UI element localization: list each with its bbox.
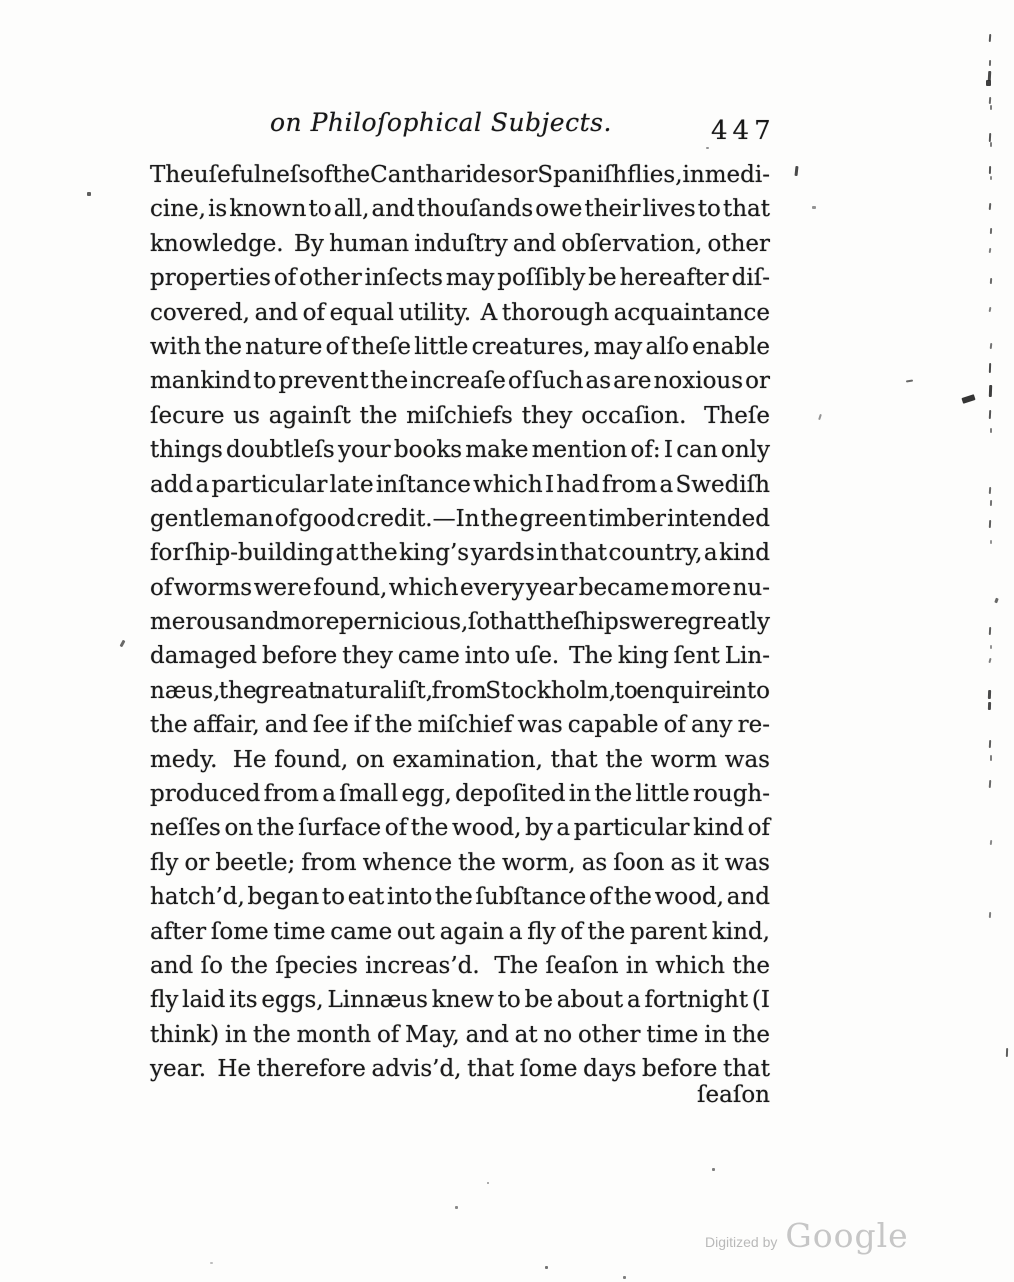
scan-speck: [210, 1262, 213, 1264]
text-line: ſecure us againſt the miſchiefs they occ…: [150, 399, 770, 433]
watermark-prefix: Digitized by: [705, 1234, 777, 1250]
text-line: medy. He found, on examination, that the…: [150, 743, 770, 777]
text-line: after ſome time came out again a fly of …: [150, 915, 770, 949]
text-line: hatch’d, began to eat into the ſubſtance…: [150, 880, 770, 914]
scan-speck: [989, 166, 991, 174]
text-line: and ſo the ſpecies increas’d. The ſeaſon…: [150, 949, 770, 983]
scan-speck: [989, 410, 991, 419]
scan-speck: [623, 1276, 626, 1279]
scan-speck: [794, 166, 798, 176]
text-line: gentleman of good credit.—In the green t…: [150, 502, 770, 536]
scan-speck: [988, 690, 991, 699]
scan-speck: [990, 343, 993, 349]
catchword: ſeaſon: [150, 1078, 770, 1112]
scan-speck: [706, 147, 709, 149]
text-line: neſſes on the ſurface of the wood, by a …: [150, 811, 770, 845]
text-line: cine, is known to all, and thouſands owe…: [150, 192, 770, 226]
scan-speck: [990, 540, 992, 544]
text-line: knowledge. By human induſtry and obſerva…: [150, 227, 770, 261]
text-line: merous and more pernicious, ſo that the …: [150, 605, 770, 639]
text-line: the affair, and ſee if the miſchief was …: [150, 708, 770, 742]
scan-speck: [990, 840, 993, 845]
scan-speck: [1006, 1048, 1008, 1057]
scan-speck: [990, 176, 992, 180]
text-line: produced from a ſmall egg, depoſited in …: [150, 777, 770, 811]
scan-speck: [990, 500, 992, 506]
scan-speck: [712, 1168, 715, 1171]
scan-speck: [989, 520, 991, 528]
running-title: on Philoſophical Subjects.: [270, 108, 612, 137]
scan-speck: [545, 1266, 548, 1269]
scan-speck: [989, 780, 992, 788]
scan-speck: [988, 71, 992, 81]
scan-speck: [989, 97, 991, 104]
scan-speck: [989, 487, 991, 494]
text-line: with the nature of theſe little creature…: [150, 330, 770, 364]
scan-speck: [990, 105, 992, 110]
text-line: add a particular late inſtance which I h…: [150, 468, 770, 502]
text-line: of worms were found, which every year be…: [150, 571, 770, 605]
scan-speck: [989, 60, 991, 66]
scan-speck: [120, 640, 126, 648]
scan-speck: [989, 133, 991, 142]
scan-speck: [994, 598, 999, 604]
scan-speck: [818, 414, 822, 420]
text-line: for ſhip-building at the king’s yards in…: [150, 536, 770, 570]
digitized-by-google-watermark: Digitized by Google: [705, 1216, 909, 1255]
scan-speck: [990, 428, 992, 433]
body-text: The uſefulneſs of the Cantharides or Spa…: [150, 158, 770, 1087]
scan-speck: [990, 645, 992, 649]
scan-speck: [487, 1182, 489, 1184]
scan-speck: [989, 385, 992, 397]
text-line: things doubtleſs your books make mention…: [150, 433, 770, 467]
text-line: fly laid its eggs, Linnæus knew to be ab…: [150, 983, 770, 1017]
scan-speck: [986, 80, 991, 86]
scan-speck: [989, 34, 992, 42]
scan-speck: [989, 740, 991, 748]
text-line: The uſefulneſs of the Cantharides or Spa…: [150, 158, 770, 192]
text-line: properties of other inſects may poſſibly…: [150, 261, 770, 295]
scan-speck: [990, 278, 992, 284]
scan-speck: [988, 658, 991, 663]
scan-speck: [989, 307, 992, 312]
text-line: fly or beetle; from whence the worm, as …: [150, 846, 770, 880]
scan-speck: [87, 192, 91, 196]
scan-speck: [906, 380, 913, 383]
scan-speck: [989, 203, 992, 210]
text-line: mankind to prevent the increaſe of ſuch …: [150, 364, 770, 398]
scan-speck: [455, 1206, 458, 1209]
scan-speck: [989, 248, 992, 253]
text-line: think) in the month of May, and at no ot…: [150, 1018, 770, 1052]
scan-speck: [990, 142, 992, 147]
scan-speck: [989, 912, 991, 918]
text-line: covered, and of equal utility. A thoroug…: [150, 296, 770, 330]
scan-speck: [990, 755, 992, 761]
scan-speck: [812, 206, 816, 209]
text-line: næus, the great naturaliſt, from Stockho…: [150, 674, 770, 708]
text-line: damaged before they came into uſe. The k…: [150, 639, 770, 673]
scan-speck: [989, 627, 991, 635]
scanned-book-page: on Philoſophical Subjects. 447 The uſefu…: [0, 0, 1014, 1282]
page-number: 447: [711, 116, 776, 146]
scan-speck: [988, 702, 991, 710]
scan-speck: [961, 394, 975, 404]
scan-speck: [989, 363, 991, 373]
scan-speck: [990, 228, 992, 234]
google-logo: Google: [785, 1216, 908, 1255]
